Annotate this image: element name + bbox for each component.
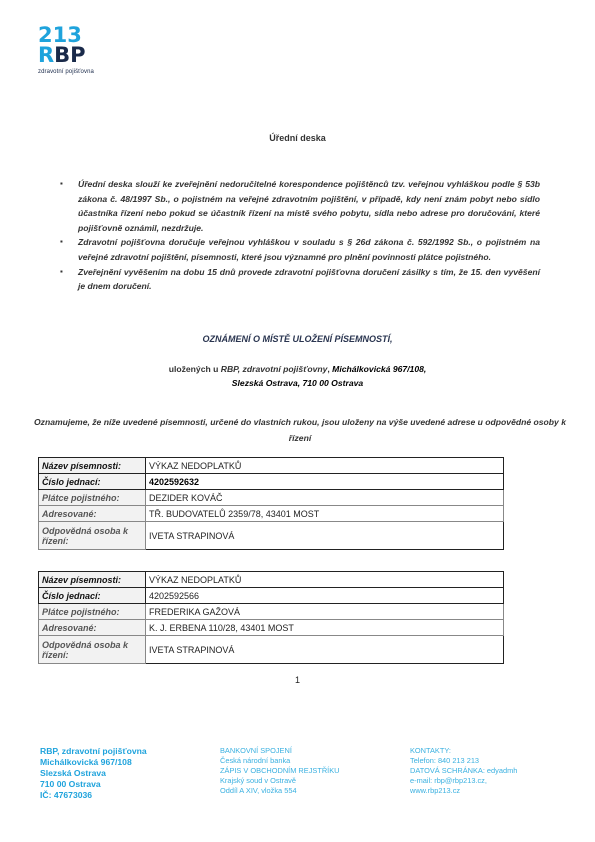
- footer-contacts-heading: KONTAKTY:: [410, 746, 517, 756]
- storage-line-2: Slezská Ostrava, 710 00 Ostrava: [0, 376, 595, 390]
- storage-org: RBP, zdravotní pojišťovny: [221, 364, 328, 374]
- company-logo: 213 RBP zdravotní pojišťovna: [38, 26, 148, 75]
- logo-letters-bp: BP: [54, 43, 85, 67]
- bullet-icon: ▪: [60, 235, 63, 250]
- storage-line-1: uložených u RBP, zdravotní pojišťovny, M…: [0, 362, 595, 376]
- footer-bank-line: BANKOVNÍ SPOJENÍ: [220, 746, 340, 756]
- value-name: VÝKAZ NEDOPLATKŮ: [146, 572, 504, 588]
- footer-org-line: 710 00 Ostrava: [40, 779, 147, 790]
- info-bullet: ▪Úřední deska slouží ke zveřejnění nedor…: [60, 177, 540, 235]
- record-row-ref: Číslo jednací:4202592632: [39, 474, 504, 490]
- info-bullet-list: ▪Úřední deska slouží ke zveřejnění nedor…: [60, 177, 540, 294]
- footer-org-line: Slezská Ostrava: [40, 768, 147, 779]
- record-row-payer: Plátce pojistného:FREDERIKA GAŽOVÁ: [39, 604, 504, 620]
- record-row-addressee: Adresované:TŘ. BUDOVATELŮ 2359/78, 43401…: [39, 506, 504, 522]
- footer-org-line: Michálkovická 967/108: [40, 757, 147, 768]
- value-ref: 4202592566: [146, 588, 504, 604]
- label-payer: Plátce pojistného:: [39, 604, 146, 620]
- value-payer: FREDERIKA GAŽOVÁ: [146, 604, 504, 620]
- logo-subtitle: zdravotní pojišťovna: [38, 69, 148, 75]
- label-addressee: Adresované:: [39, 620, 146, 636]
- record-row-addressee: Adresované:K. J. ERBENA 110/28, 43401 MO…: [39, 620, 504, 636]
- footer-contacts: KONTAKTY: Telefon: 840 213 213 DATOVÁ SC…: [410, 746, 517, 796]
- record-row-payer: Plátce pojistného:DEZIDER KOVÁČ: [39, 490, 504, 506]
- intro-text: Oznamujeme, že níže uvedené písemnosti, …: [30, 414, 570, 446]
- footer-org-line: RBP, zdravotní pojišťovna: [40, 746, 147, 757]
- storage-location: uložených u RBP, zdravotní pojišťovny, M…: [0, 362, 595, 390]
- footer-org-line: IČ: 47673036: [40, 790, 147, 801]
- value-ref: 4202592632: [146, 474, 504, 490]
- label-name: Název písemnosti:: [39, 572, 146, 588]
- footer-bank-line: ZÁPIS V OBCHODNÍM REJSTŘÍKU: [220, 766, 340, 776]
- record-table: Název písemnosti:VÝKAZ NEDOPLATKŮ Číslo …: [38, 571, 504, 664]
- info-bullet-text: Zdravotní pojišťovna doručuje veřejnou v…: [78, 237, 540, 262]
- label-responsible: Odpovědná osoba k řízení:: [39, 522, 146, 550]
- value-responsible: IVETA STRAPINOVÁ: [146, 636, 504, 664]
- value-addressee: K. J. ERBENA 110/28, 43401 MOST: [146, 620, 504, 636]
- bullet-icon: ▪: [60, 177, 63, 192]
- value-addressee: TŘ. BUDOVATELŮ 2359/78, 43401 MOST: [146, 506, 504, 522]
- bullet-icon: ▪: [60, 265, 63, 280]
- record-row-responsible: Odpovědná osoba k řízení:IVETA STRAPINOV…: [39, 522, 504, 550]
- page-number: 1: [0, 675, 595, 685]
- record-table: Název písemnosti:VÝKAZ NEDOPLATKŮ Číslo …: [38, 457, 504, 550]
- record-row-ref: Číslo jednací:4202592566: [39, 588, 504, 604]
- info-bullet-text: Zveřejnění vyvěšením na dobu 15 dnů prov…: [78, 267, 540, 292]
- value-responsible: IVETA STRAPINOVÁ: [146, 522, 504, 550]
- footer-bank-line: Krajský soud v Ostravě: [220, 776, 340, 786]
- storage-address-line2: Slezská Ostrava, 710 00 Ostrava: [232, 378, 363, 388]
- info-bullet: ▪Zveřejnění vyvěšením na dobu 15 dnů pro…: [60, 265, 540, 294]
- value-payer: DEZIDER KOVÁČ: [146, 490, 504, 506]
- footer-organization: RBP, zdravotní pojišťovna Michálkovická …: [40, 746, 147, 801]
- label-payer: Plátce pojistného:: [39, 490, 146, 506]
- label-name: Název písemnosti:: [39, 458, 146, 474]
- footer-bank-line: Česká národní banka: [220, 756, 340, 766]
- footer-website-link[interactable]: www.rbp213.cz: [410, 786, 517, 796]
- record-row-responsible: Odpovědná osoba k řízení:IVETA STRAPINOV…: [39, 636, 504, 664]
- label-ref: Číslo jednací:: [39, 474, 146, 490]
- storage-address-line1: Michálkovická 967/108,: [332, 364, 426, 374]
- notice-title: OZNÁMENÍ O MÍSTĚ ULOŽENÍ PÍSEMNOSTÍ,: [0, 334, 595, 344]
- footer-email-link[interactable]: e-mail: rbp@rbp213.cz,: [410, 776, 517, 786]
- record-row-name: Název písemnosti:VÝKAZ NEDOPLATKŮ: [39, 572, 504, 588]
- label-addressee: Adresované:: [39, 506, 146, 522]
- footer-phone: Telefon: 840 213 213: [410, 756, 517, 766]
- footer-data-box: DATOVÁ SCHRÁNKA: edyadmh: [410, 766, 517, 776]
- footer-bank-line: Oddíl A XIV, vložka 554: [220, 786, 340, 796]
- footer-bank: BANKOVNÍ SPOJENÍ Česká národní banka ZÁP…: [220, 746, 340, 796]
- info-bullet-text: Úřední deska slouží ke zveřejnění nedoru…: [78, 179, 540, 233]
- storage-prefix: uložených u: [169, 364, 221, 374]
- info-bullet: ▪Zdravotní pojišťovna doručuje veřejnou …: [60, 235, 540, 264]
- document-title: Úřední deska: [0, 133, 595, 143]
- label-ref: Číslo jednací:: [39, 588, 146, 604]
- record-row-name: Název písemnosti:VÝKAZ NEDOPLATKŮ: [39, 458, 504, 474]
- value-name: VÝKAZ NEDOPLATKŮ: [146, 458, 504, 474]
- label-responsible: Odpovědná osoba k řízení:: [39, 636, 146, 664]
- logo-letter-r: R: [38, 43, 54, 67]
- logo-letters: RBP: [38, 46, 148, 66]
